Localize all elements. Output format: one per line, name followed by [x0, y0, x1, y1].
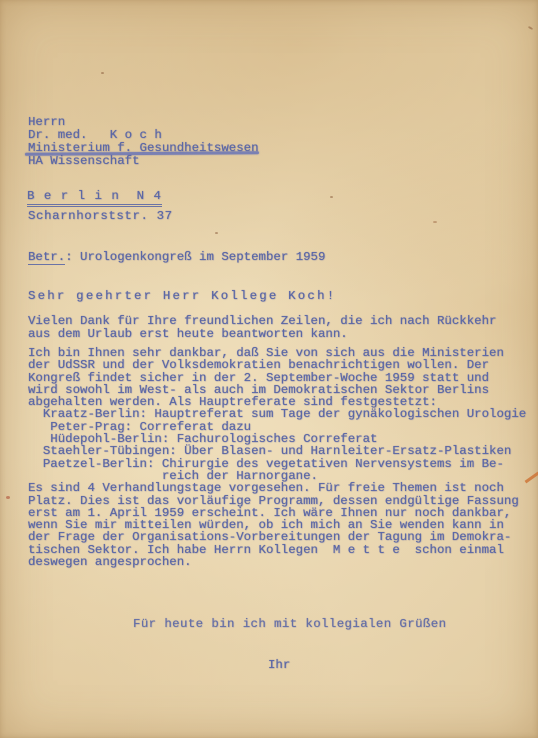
- body-line: deswegen angesprochen.: [28, 556, 526, 568]
- letter-page: Herrn Dr. med. K o c h Ministerium f. Ge…: [0, 0, 538, 738]
- body-line-referat: Kraatz-Berlin: Hauptreferat sum Tage der…: [28, 408, 526, 420]
- paper-speck: [101, 72, 104, 74]
- paper-speck: [215, 232, 218, 234]
- body-paragraph-1: Vielen Dank für Ihre freundlichen Zeilen…: [28, 315, 496, 341]
- recipient-line: HA Wissenschaft: [28, 155, 259, 168]
- salutation-line: Sehr geehrter Herr Kollege Koch!: [28, 290, 336, 303]
- body-line: Es sind 4 Verhandlungstage vorgesehen. F…: [28, 482, 526, 494]
- paper-speck: [528, 26, 533, 30]
- closing-line: Für heute bin ich mit kollegialen Grüßen: [133, 618, 446, 631]
- orange-edge-mark: [525, 472, 538, 484]
- signature-line: Ihr: [268, 659, 290, 672]
- recipient-address-block: Herrn Dr. med. K o c h Ministerium f. Ge…: [28, 116, 259, 168]
- body-paragraph-2: Ich bin Ihnen sehr dankbar, daß Sie von …: [28, 347, 526, 568]
- subject-line: Betr.: Urologenkongreß im September 1959: [28, 251, 325, 264]
- paper-speck: [433, 221, 437, 223]
- recipient-street: Scharnhorststr. 37: [28, 210, 173, 223]
- body-line: aus dem Urlaub erst heute beantworten ka…: [28, 328, 496, 341]
- body-line: der Frage der Organisations-Vorbereitung…: [28, 531, 526, 543]
- paper-speck: [6, 496, 10, 499]
- body-line: Platz. Dies ist das vorläufige Programm,…: [28, 495, 526, 507]
- body-line: der UdSSR und der Volksdemokratien benac…: [28, 359, 526, 371]
- recipient-city-line: B e r l i n N 4: [27, 190, 162, 203]
- paper-speck: [330, 196, 333, 198]
- body-line-referat: Staehler-Tübingen: Über Blasen- und Harn…: [28, 445, 526, 457]
- subject-text: : Urologenkongreß im September 1959: [65, 250, 325, 264]
- subject-prefix: Betr.: [28, 250, 65, 265]
- recipient-city: B e r l i n N 4: [27, 189, 162, 207]
